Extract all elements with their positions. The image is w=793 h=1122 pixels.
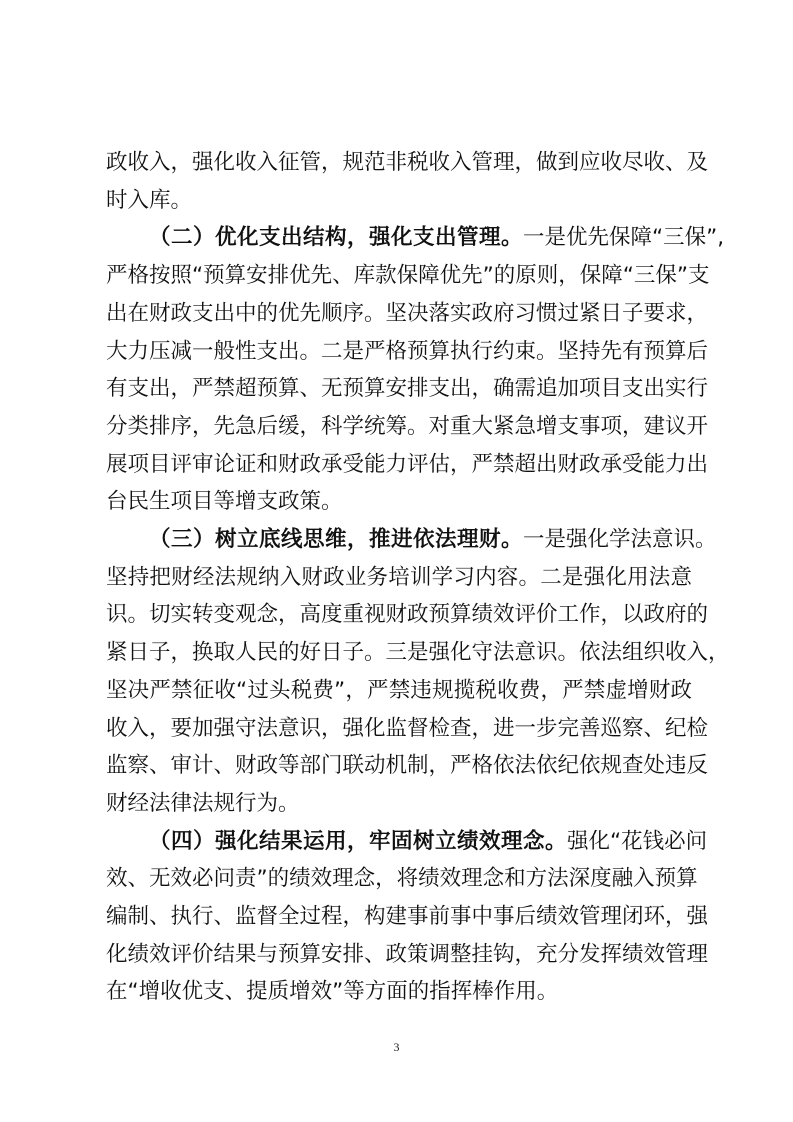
text-line: 监察、审计、财政等部门联动机制，严格依法依纪依规查处违反 [106, 747, 692, 785]
text-line: 时入库。 [106, 182, 692, 220]
text-run: 一是强化学法意识。 [523, 527, 717, 552]
text-line-with-heading: （二）优化支出结构，强化支出管理。一是优先保障“三保”, [106, 219, 692, 257]
text-line: 财经法律法规行为。 [106, 785, 692, 823]
section-heading: （二）优化支出结构，强化支出管理。 [149, 225, 523, 250]
text-line: 坚持把财经法规纳入财政业务培训学习内容。二是强化用法意 [106, 559, 692, 597]
text-line-with-heading: （四）强化结果运用，牢固树立绩效理念。强化“花钱必问 [106, 823, 692, 861]
text-line-with-heading: （三）树立底线思维，推进依法理财。一是强化学法意识。 [106, 521, 692, 559]
paragraph-section-3: （三）树立底线思维，推进依法理财。一是强化学法意识。 坚持把财经法规纳入财政业务… [106, 521, 692, 823]
text-line: 分类排序，先急后缓，科学统筹。对重大紧急增支事项，建议开 [106, 408, 692, 446]
text-line: 在“增收优支、提质增效”等方面的指挥棒作用。 [106, 973, 692, 1011]
document-body: 政收入，强化收入征管，规范非税收入管理，做到应收尽收、及 时入库。 （二）优化支… [106, 144, 692, 1011]
text-line: 化绩效评价结果与预算安排、政策调整挂钩，充分发挥绩效管理 [106, 936, 692, 974]
section-heading: （四）强化结果运用，牢固树立绩效理念。 [149, 829, 567, 854]
text-line: 展项目评审论证和财政承受能力评估，严禁超出财政承受能力出 [106, 446, 692, 484]
text-line: 效、无效必问责”的绩效理念，将绩效理念和方法深度融入预算 [106, 860, 692, 898]
text-line: 识。切实转变观念，高度重视财政预算绩效评价工作，以政府的 [106, 596, 692, 634]
paragraph-continuation: 政收入，强化收入征管，规范非税收入管理，做到应收尽收、及 时入库。 [106, 144, 692, 219]
text-line: 紧日子，换取人民的好日子。三是强化守法意识。依法组织收入， [106, 634, 692, 672]
text-line: 有支出，严禁超预算、无预算安排支出，确需追加项目支出实行 [106, 370, 692, 408]
page-number: 3 [0, 1040, 793, 1055]
text-run: 一是优先保障“三保”, [523, 225, 724, 250]
paragraph-section-4: （四）强化结果运用，牢固树立绩效理念。强化“花钱必问 效、无效必问责”的绩效理念… [106, 823, 692, 1012]
text-line: 大力压减一般性支出。二是严格预算执行约束。坚持先有预算后 [106, 333, 692, 371]
text-line: 收入，要加强守法意识，强化监督检查，进一步完善巡察、纪检 [106, 710, 692, 748]
text-run: 强化“花钱必问 [567, 829, 707, 854]
text-line: 坚决严禁征收“过头税费”，严禁违规揽税收费，严禁虚增财政 [106, 672, 692, 710]
text-line: 编制、执行、监督全过程，构建事前事中事后绩效管理闭环，强 [106, 898, 692, 936]
text-line: 政收入，强化收入征管，规范非税收入管理，做到应收尽收、及 [106, 144, 692, 182]
paragraph-section-2: （二）优化支出结构，强化支出管理。一是优先保障“三保”, 严格按照“预算安排优先… [106, 219, 692, 521]
document-page: 政收入，强化收入征管，规范非税收入管理，做到应收尽收、及 时入库。 （二）优化支… [0, 0, 793, 1122]
section-heading: （三）树立底线思维，推进依法理财。 [149, 527, 523, 552]
text-line: 出在财政支出中的优先顺序。坚决落实政府习惯过紧日子要求， [106, 295, 692, 333]
text-line: 严格按照“预算安排优先、库款保障优先”的原则，保障“三保”支 [106, 257, 692, 295]
text-line: 台民生项目等增支政策。 [106, 483, 692, 521]
